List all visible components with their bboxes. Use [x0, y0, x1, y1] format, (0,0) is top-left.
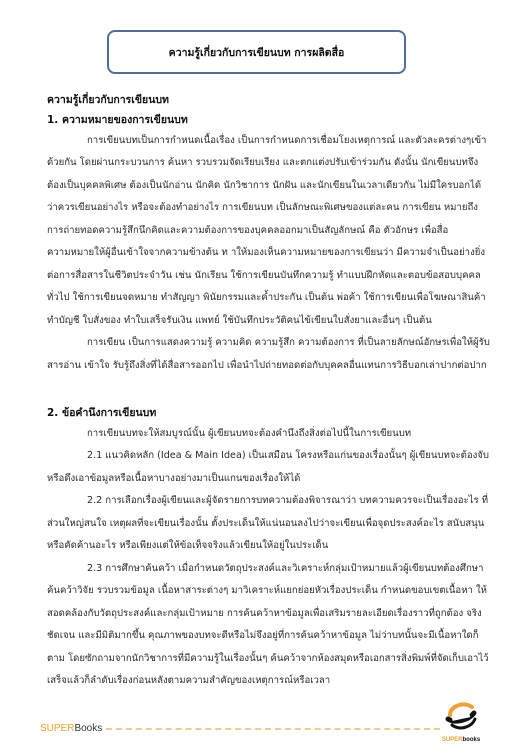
paragraph-line: 2.2 การเลือกเรื่องผู้เขียนและผู้จัดรายกา…	[87, 494, 467, 508]
superbooks-logo: SUPERbooks	[438, 701, 484, 743]
paragraph-line: ทำบัญชี ใบสั่งของ ทำใบเสร็จรับเงิน แพทย์…	[47, 314, 467, 328]
document-title: ความรู้เกี่ยวกับการเขียนบท การผลิตสื่อ	[169, 44, 345, 61]
paragraph-line: สารอ่าน เข้าใจ รับรู้ถึงสิ่งที่ได้สื่อสา…	[47, 359, 467, 373]
logo-super: SUPER	[442, 737, 463, 743]
paragraph-line: การเขียนบทจะให้สมบูรณ์นั้น ผู้เขียนบทจะต…	[87, 427, 467, 441]
paragraph-line: ด้วยกัน โดยผ่านกระบวนการ ค้นหา รวบรวมจัด…	[47, 156, 467, 170]
paragraph-line: ค้นคว้าวิจัย รวบรวมข้อมูล เนื้อหาสาระต่า…	[47, 584, 467, 598]
footer-brand-super: SUPER	[40, 723, 74, 734]
section-1-heading: 1. ความหมายของการเขียนบท	[47, 111, 188, 128]
paragraph-line: หรือดึงเอาข้อมูลหรือเนื้อหาบางอย่างมาเป็…	[47, 472, 467, 486]
document-title-box: ความรู้เกี่ยวกับการเขียนบท การผลิตสื่อ	[107, 30, 406, 74]
paragraph-line: ความหมายให้ผู้อื่นเข้าใจจากความข้างต้น ท…	[47, 246, 467, 260]
paragraph-line: ว่าควรเขียนอย่างไร หรือจะต้องทำอย่างไร ก…	[47, 201, 467, 215]
footer-dashed-rule	[106, 728, 440, 730]
paragraph-line: 2.1 แนวคิดหลัก (Idea & Main Idea) เป็นเส…	[87, 449, 467, 463]
logo-books: books	[463, 737, 481, 743]
paragraph-line: หรือคัดค้านอะไร หรือเพียงแต่ให้ข้อเท็จจร…	[47, 539, 467, 553]
paragraph-line: เสร็จแล้วก็ลำดับเรื่องก่อนหลังตามความสำค…	[47, 674, 467, 688]
paragraph-line: การเขียน เป็นการแสดงความรู้ ความคิด ความ…	[87, 336, 467, 350]
paragraph-line: การเขียนบทเป็นการกำหนดเนื้อเรื่อง เป็นกา…	[87, 134, 467, 148]
footer-brand: SUPERBooks	[40, 723, 102, 734]
footer-brand-books: Books	[74, 723, 102, 734]
paragraph-line: ทั่วไป ใช้การเขียนจดหมาย ทำสัญญา พินัยกร…	[47, 291, 467, 305]
page-footer: SUPERBooks	[40, 720, 440, 736]
paragraph-line: การถ่ายทอดความรู้สึกนึกคิดและความต้องการ…	[47, 224, 467, 238]
logo-wordmark: SUPERbooks	[438, 737, 484, 743]
paragraph-line: ต้องเป็นบุคคลพิเศษ ต้องเป็นนักอ่าน นักคิ…	[47, 179, 467, 193]
section-heading: ความรู้เกี่ยวกับการเขียนบท	[47, 91, 169, 108]
superbooks-swirl-logo-icon	[438, 701, 484, 733]
paragraph-line: สอดคล้องกับวัตถุประสงค์และกลุ่มเป้าหมาย …	[47, 607, 467, 621]
section-2-heading: 2. ข้อคำนึงการเขียนบท	[47, 404, 156, 421]
paragraph-line: ส่วนใหญ่สนใจ เหตุผลที่จะเขียนเรื่องนั้น …	[47, 517, 467, 531]
paragraph-line: ตาม โดยซักถามจากนักวิชาการที่มีความรู้ใน…	[47, 652, 467, 666]
paragraph-line: 2.3 การศึกษาค้นคว้า เมื่อกำหนดวัตถุประสง…	[87, 562, 467, 576]
paragraph-line: ชัดเจน และมีมิติมากขึ้น คุณภาพของบทจะดีห…	[47, 629, 467, 643]
paragraph-line: ต่อการสื่อสารในชีวิตประจำวัน เช่น นักเรี…	[47, 269, 467, 283]
